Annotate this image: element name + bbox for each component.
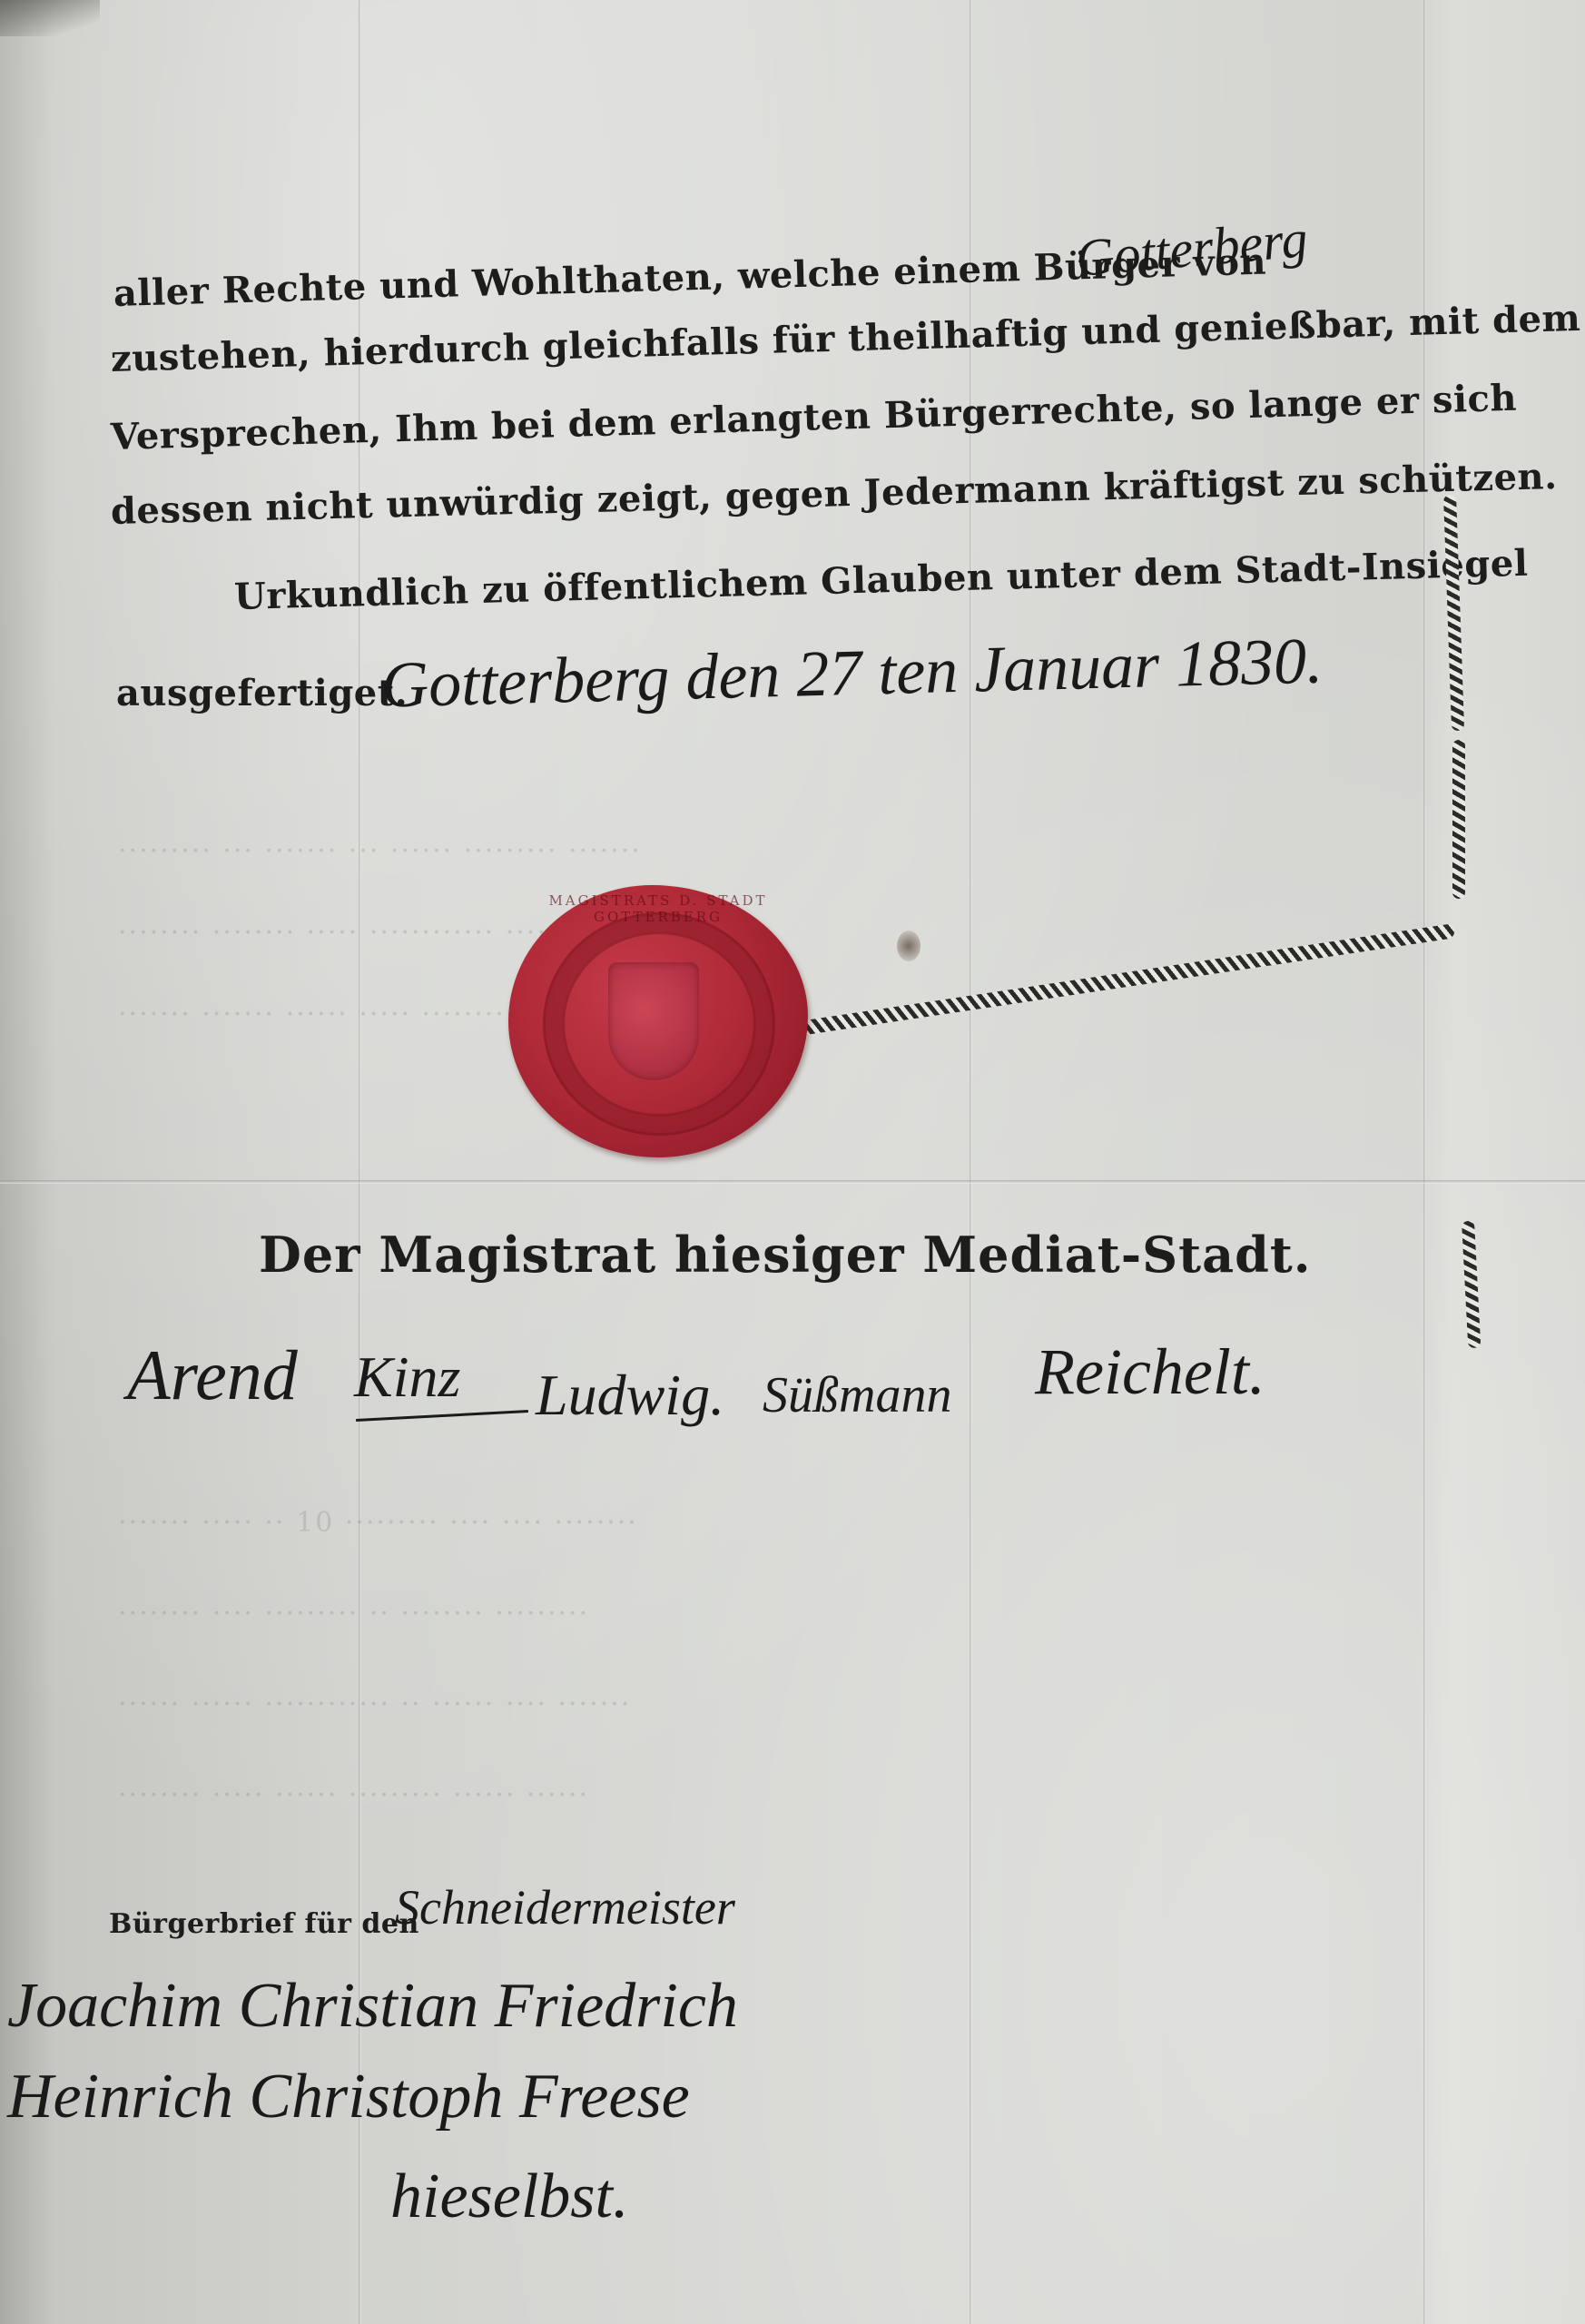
handwritten-recipient-line-2: Heinrich Christoph Freese bbox=[7, 2061, 690, 2133]
handwritten-recipient-line-3: hieselbst. bbox=[390, 2161, 628, 2233]
signature-3: Ludwig. bbox=[536, 1362, 724, 1429]
issued-label: ausgefertiget. bbox=[116, 672, 408, 714]
signature-5: Reichelt. bbox=[1035, 1334, 1265, 1410]
magistrate-heading: Der Magistrat hiesiger Mediat-Stadt. bbox=[259, 1226, 1312, 1284]
bleed-through-text: ········· ··· ······· ··· ······ ·······… bbox=[118, 835, 642, 867]
bleed-through-text: ········ ···· ········· ·· ········ ····… bbox=[118, 1598, 589, 1630]
signature-1: Arend bbox=[127, 1334, 298, 1416]
handwritten-recipient-line-1: Joachim Christian Friedrich bbox=[7, 1970, 738, 2043]
footer-label: Bürgerbrief für den bbox=[109, 1908, 419, 1940]
wax-seal: MAGISTRATS D. STADT GOTTERBERG bbox=[508, 885, 808, 1157]
seal-legend: MAGISTRATS D. STADT GOTTERBERG bbox=[508, 892, 808, 925]
ink-stain bbox=[897, 931, 920, 961]
fold-line-vertical-right bbox=[1423, 0, 1426, 2324]
seal-cord-middle bbox=[1452, 740, 1465, 899]
handwritten-occupation: Schneidermeister bbox=[395, 1879, 735, 1935]
seal-crest-icon bbox=[608, 962, 699, 1080]
bleed-through-text: ········ ····· ······ ········· ······ ·… bbox=[118, 1779, 589, 1811]
signature-2: Kinz bbox=[354, 1344, 460, 1411]
bleed-through-text: ······· ····· ·· 10 ········· ···· ···· … bbox=[118, 1507, 638, 1539]
page-corner-shadow bbox=[0, 0, 100, 36]
fold-line-horizontal bbox=[0, 1180, 1585, 1184]
bleed-through-text: ······ ······ ············ ·· ······ ···… bbox=[118, 1689, 631, 1720]
signature-4: Süßmann bbox=[763, 1366, 951, 1424]
